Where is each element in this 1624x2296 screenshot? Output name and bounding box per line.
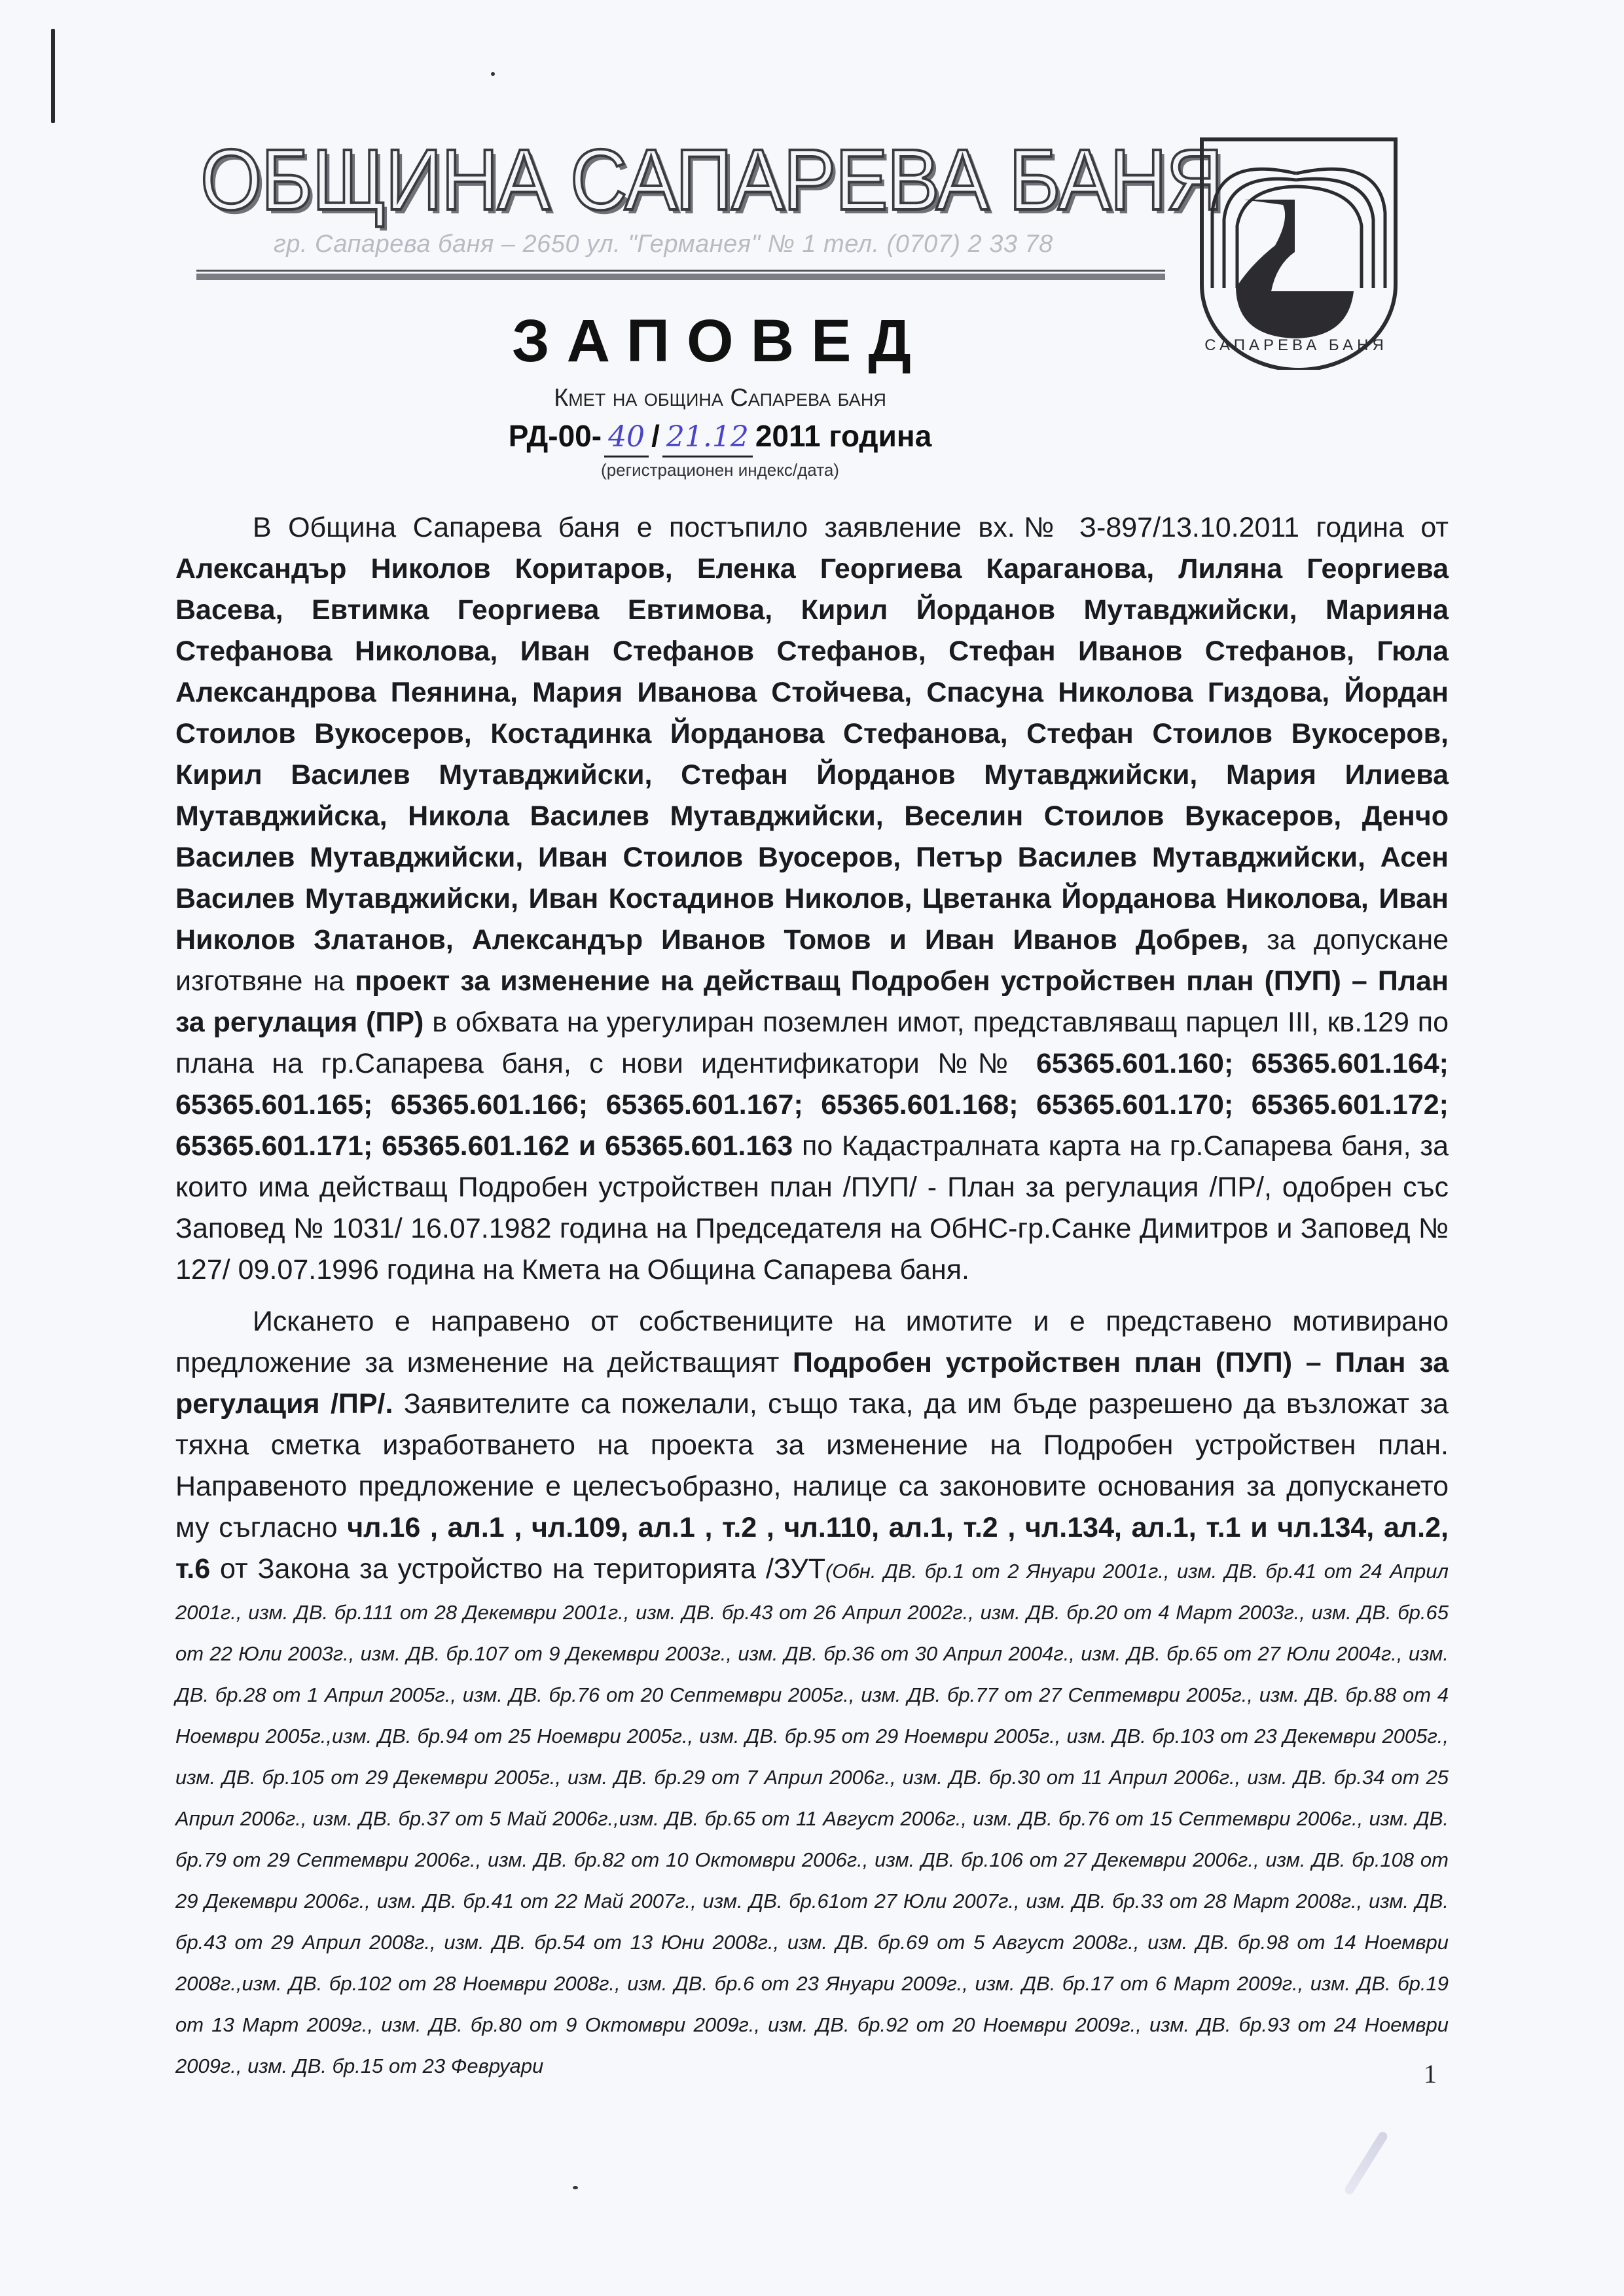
- scan-speck: [573, 2186, 578, 2189]
- letterhead: ОБЩИНА САПАРЕВА БАНЯ гр. Сапарева баня –…: [196, 131, 1165, 259]
- handwritten-reg-number: 40: [604, 419, 649, 457]
- gazette-amendments: (Обн. ДВ. бр.1 от 2 Януари 2001г., изм. …: [175, 1560, 1449, 2077]
- organization-address: гр. Сапарева баня – 2650 ул. "Германея" …: [274, 230, 1165, 259]
- pen-mark: [1343, 2130, 1389, 2197]
- document-body: В Община Сапарева баня е постъпило заявл…: [175, 507, 1449, 2085]
- registration-line: РД-00-40/21.122011 година: [196, 418, 1244, 457]
- paragraph-application: В Община Сапарева баня е постъпило заявл…: [175, 507, 1449, 1291]
- letterhead-rule: [196, 270, 1165, 272]
- document-title: ЗАПОВЕД: [196, 305, 1244, 377]
- margin-mark: [51, 29, 55, 123]
- scan-speck: [491, 72, 495, 76]
- title-block: ЗАПОВЕД Кмет на община Сапарева баня РД-…: [196, 288, 1244, 480]
- registration-year: 2011 година: [755, 419, 931, 453]
- registration-prefix: РД-00-: [509, 419, 602, 453]
- page-number: 1: [1424, 2058, 1437, 2089]
- applicant-names: Александър Николов Коритаров, Еленка Гео…: [175, 553, 1449, 956]
- organization-name: ОБЩИНА САПАРЕВА БАНЯ: [200, 131, 1088, 229]
- paragraph-justification: Искането е направено от собствениците на…: [175, 1301, 1449, 2085]
- handwritten-reg-date: 21.12: [662, 419, 753, 457]
- letterhead-rule-thick: [196, 274, 1165, 280]
- registration-note: (регистрационен индекс/дата): [196, 460, 1244, 480]
- document-issuer: Кмет на община Сапарева баня: [196, 382, 1244, 414]
